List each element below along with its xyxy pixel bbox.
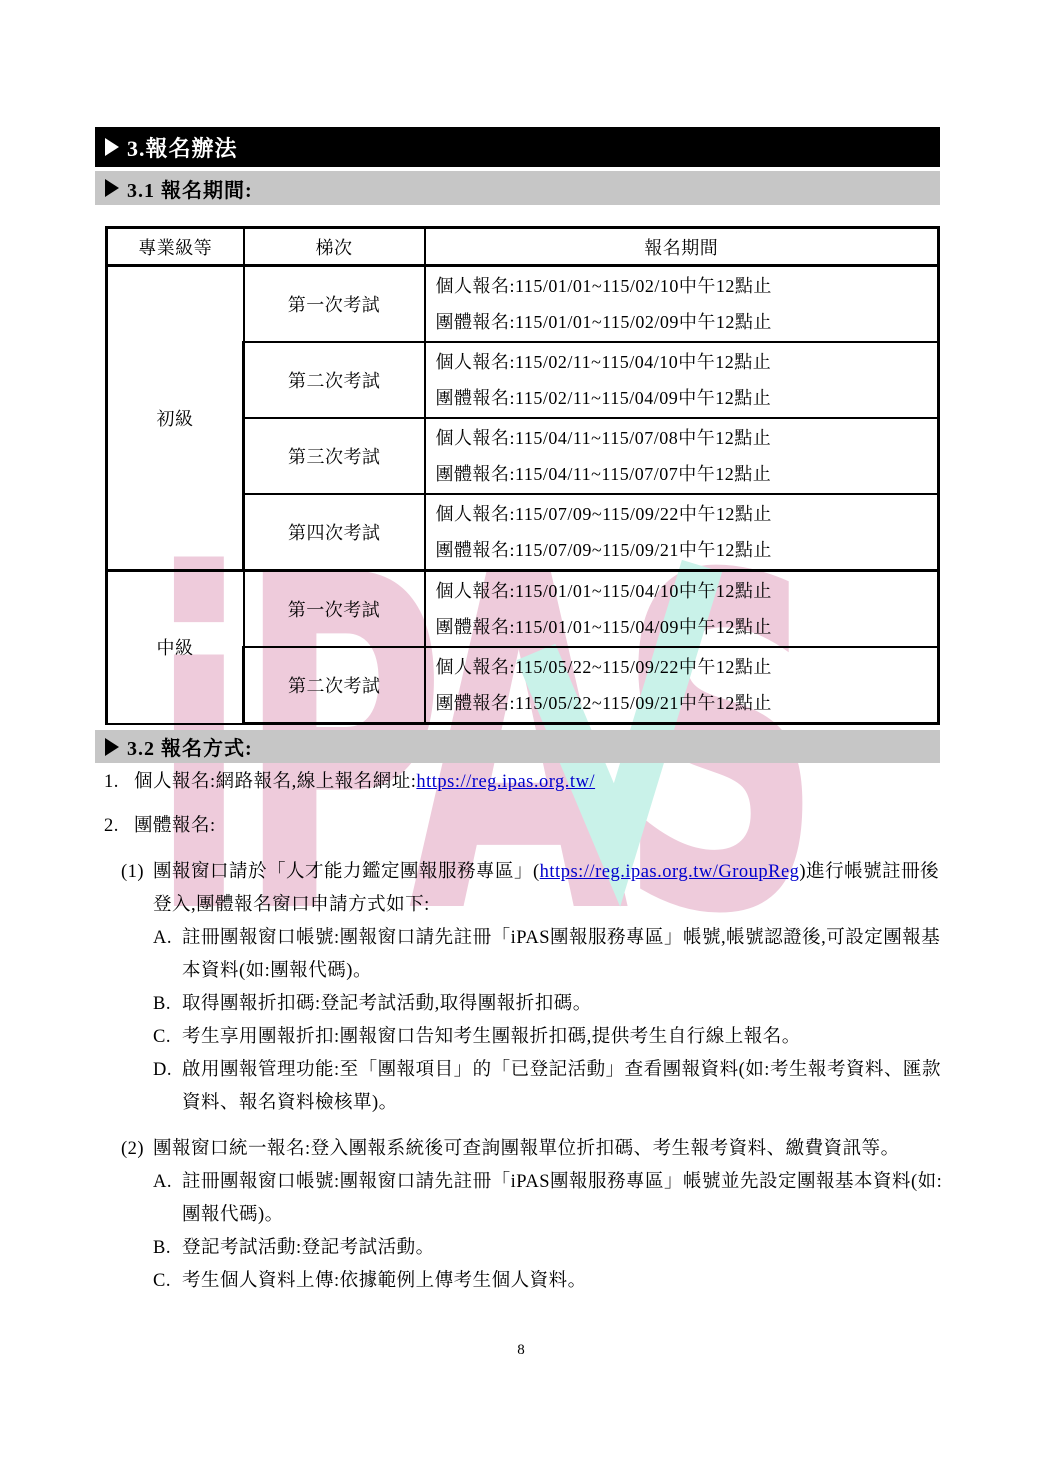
sub-item-number: (1) bbox=[121, 856, 153, 922]
period-cell: 個人報名:115/01/01~115/04/10中午12點止團體報名:115/0… bbox=[425, 571, 939, 648]
step-label: C. bbox=[153, 1265, 182, 1298]
step-item: B.登記考試活動:登記考試活動。 bbox=[153, 1232, 950, 1265]
step-text: 考生個人資料上傳:依據範例上傳考生個人資料。 bbox=[182, 1265, 950, 1298]
section-3-title: 3.報名辦法 bbox=[127, 132, 238, 163]
page-number: 8 bbox=[0, 1342, 1042, 1359]
level-cell: 中級 bbox=[107, 571, 244, 724]
step-text: 註冊團報窗口帳號:團報窗口請先註冊「iPAS團報服務專區」帳號並先設定團報基本資… bbox=[182, 1166, 950, 1232]
steps-group-2: A.註冊團報窗口帳號:團報窗口請先註冊「iPAS團報服務專區」帳號並先設定團報基… bbox=[153, 1166, 950, 1298]
step-item: D.啟用團報管理功能:至「團報項目」的「已登記活動」查看團報資料(如:考生報考資… bbox=[153, 1054, 950, 1120]
table-row: 中級第一次考試個人報名:115/01/01~115/04/10中午12點止團體報… bbox=[107, 571, 939, 648]
period-cell: 個人報名:115/05/22~115/09/22中午12點止團體報名:115/0… bbox=[425, 647, 939, 724]
period-line: 個人報名:115/07/09~115/09/22中午12點止 bbox=[436, 496, 938, 532]
period-line: 個人報名:115/04/11~115/07/08中午12點止 bbox=[436, 420, 938, 456]
sub-item-number: (2) bbox=[121, 1133, 153, 1166]
unified-registration-text: 團報窗口統一報名:登入團報系統後可查詢團報單位折扣碼、考生報考資料、繳費資訊等。 bbox=[153, 1133, 950, 1166]
section-3-header: 3.報名辦法 bbox=[95, 127, 940, 167]
table-row: 初級第一次考試個人報名:115/01/01~115/02/10中午12點止團體報… bbox=[107, 266, 939, 343]
list-number: 2. bbox=[104, 810, 134, 843]
section-3-2-title: 3.2 報名方式: bbox=[127, 732, 253, 761]
individual-registration-text: 個人報名:網路報名,線上報名網址: bbox=[134, 772, 416, 792]
session-cell: 第二次考試 bbox=[244, 342, 425, 418]
list-item-group: 2. 團體報名: bbox=[104, 810, 950, 843]
period-line: 團體報名:115/02/11~115/04/09中午12點止 bbox=[436, 380, 938, 416]
col-header-session: 梯次 bbox=[244, 228, 425, 266]
triangle-right-icon bbox=[105, 138, 119, 156]
period-line: 個人報名:115/05/22~115/09/22中午12點止 bbox=[436, 649, 938, 685]
steps-group-1: A.註冊團報窗口帳號:團報窗口請先註冊「iPAS團報服務專區」帳號,帳號認證後,… bbox=[153, 922, 950, 1120]
step-label: A. bbox=[153, 922, 182, 988]
session-cell: 第四次考試 bbox=[244, 494, 425, 571]
period-line: 個人報名:115/01/01~115/04/10中午12點止 bbox=[436, 573, 938, 609]
period-line: 團體報名:115/01/01~115/04/09中午12點止 bbox=[436, 609, 938, 645]
step-item: B.取得團報折扣碼:登記考試活動,取得團報折扣碼。 bbox=[153, 988, 950, 1021]
step-text: 考生享用團報折扣:團報窗口告知考生團報折扣碼,提供考生自行線上報名。 bbox=[182, 1021, 950, 1054]
session-cell: 第一次考試 bbox=[244, 266, 425, 343]
document-page: iPAS 3.報名辦法 3.1 報名期間: 專業級等 梯次 報名期間 bbox=[0, 0, 1042, 1474]
period-line: 團體報名:115/05/22~115/09/21中午12點止 bbox=[436, 685, 938, 721]
reg-site-link[interactable]: https://reg.ipas.org.tw/ bbox=[416, 772, 595, 792]
groupreg-link[interactable]: https://reg.ipas.org.tw/GroupReg bbox=[540, 862, 800, 882]
step-label: D. bbox=[153, 1054, 182, 1120]
col-header-period: 報名期間 bbox=[425, 228, 939, 266]
period-cell: 個人報名:115/04/11~115/07/08中午12點止團體報名:115/0… bbox=[425, 418, 939, 494]
step-text: 啟用團報管理功能:至「團報項目」的「已登記活動」查看團報資料(如:考生報考資料、… bbox=[182, 1054, 950, 1120]
list-item-individual: 1. 個人報名:網路報名,線上報名網址:https://reg.ipas.org… bbox=[104, 766, 950, 799]
period-cell: 個人報名:115/02/11~115/04/10中午12點止團體報名:115/0… bbox=[425, 342, 939, 418]
step-label: B. bbox=[153, 1232, 182, 1265]
group-window-text-before: 團報窗口請於「人才能力鑑定團報服務專區」( bbox=[153, 862, 540, 882]
sub-item-2: (2) 團報窗口統一報名:登入團報系統後可查詢團報單位折扣碼、考生報考資料、繳費… bbox=[121, 1133, 950, 1166]
col-header-level: 專業級等 bbox=[107, 228, 244, 266]
triangle-right-icon bbox=[105, 179, 119, 197]
session-cell: 第一次考試 bbox=[244, 571, 425, 648]
step-label: A. bbox=[153, 1166, 182, 1232]
period-line: 個人報名:115/01/01~115/02/10中午12點止 bbox=[436, 268, 938, 304]
group-registration-text: 團體報名: bbox=[134, 810, 216, 843]
list-text: 個人報名:網路報名,線上報名網址:https://reg.ipas.org.tw… bbox=[134, 766, 595, 799]
section-3-1-header: 3.1 報名期間: bbox=[95, 171, 940, 205]
period-cell: 個人報名:115/01/01~115/02/10中午12點止團體報名:115/0… bbox=[425, 266, 939, 343]
period-line: 團體報名:115/07/09~115/09/21中午12點止 bbox=[436, 532, 938, 568]
step-label: C. bbox=[153, 1021, 182, 1054]
step-item: A.註冊團報窗口帳號:團報窗口請先註冊「iPAS團報服務專區」帳號並先設定團報基… bbox=[153, 1166, 950, 1232]
table-header-row: 專業級等 梯次 報名期間 bbox=[107, 228, 939, 266]
period-line: 個人報名:115/02/11~115/04/10中午12點止 bbox=[436, 344, 938, 380]
list-number: 1. bbox=[104, 766, 134, 799]
step-label: B. bbox=[153, 988, 182, 1021]
step-item: C.考生個人資料上傳:依據範例上傳考生個人資料。 bbox=[153, 1265, 950, 1298]
session-cell: 第三次考試 bbox=[244, 418, 425, 494]
level-cell: 初級 bbox=[107, 266, 244, 571]
session-cell: 第二次考試 bbox=[244, 647, 425, 724]
registration-period-table: 專業級等 梯次 報名期間 初級第一次考試個人報名:115/01/01~115/0… bbox=[105, 226, 940, 725]
triangle-right-icon bbox=[105, 738, 119, 756]
section-3-2-header: 3.2 報名方式: bbox=[95, 730, 940, 763]
sub-item-1: (1) 團報窗口請於「人才能力鑑定團報服務專區」(https://reg.ipa… bbox=[121, 856, 950, 922]
period-cell: 個人報名:115/07/09~115/09/22中午12點止團體報名:115/0… bbox=[425, 494, 939, 571]
step-text: 登記考試活動:登記考試活動。 bbox=[182, 1232, 950, 1265]
registration-methods-list: 1. 個人報名:網路報名,線上報名網址:https://reg.ipas.org… bbox=[104, 766, 950, 1298]
step-text: 取得團報折扣碼:登記考試活動,取得團報折扣碼。 bbox=[182, 988, 950, 1021]
period-line: 團體報名:115/04/11~115/07/07中午12點止 bbox=[436, 456, 938, 492]
table-body: 初級第一次考試個人報名:115/01/01~115/02/10中午12點止團體報… bbox=[107, 266, 939, 724]
step-item: A.註冊團報窗口帳號:團報窗口請先註冊「iPAS團報服務專區」帳號,帳號認證後,… bbox=[153, 922, 950, 988]
sub-item-text: 團報窗口請於「人才能力鑑定團報服務專區」(https://reg.ipas.or… bbox=[153, 856, 950, 922]
period-line: 團體報名:115/01/01~115/02/09中午12點止 bbox=[436, 304, 938, 340]
section-3-1-title: 3.1 報名期間: bbox=[127, 174, 253, 203]
step-item: C.考生享用團報折扣:團報窗口告知考生團報折扣碼,提供考生自行線上報名。 bbox=[153, 1021, 950, 1054]
step-text: 註冊團報窗口帳號:團報窗口請先註冊「iPAS團報服務專區」帳號,帳號認證後,可設… bbox=[182, 922, 950, 988]
